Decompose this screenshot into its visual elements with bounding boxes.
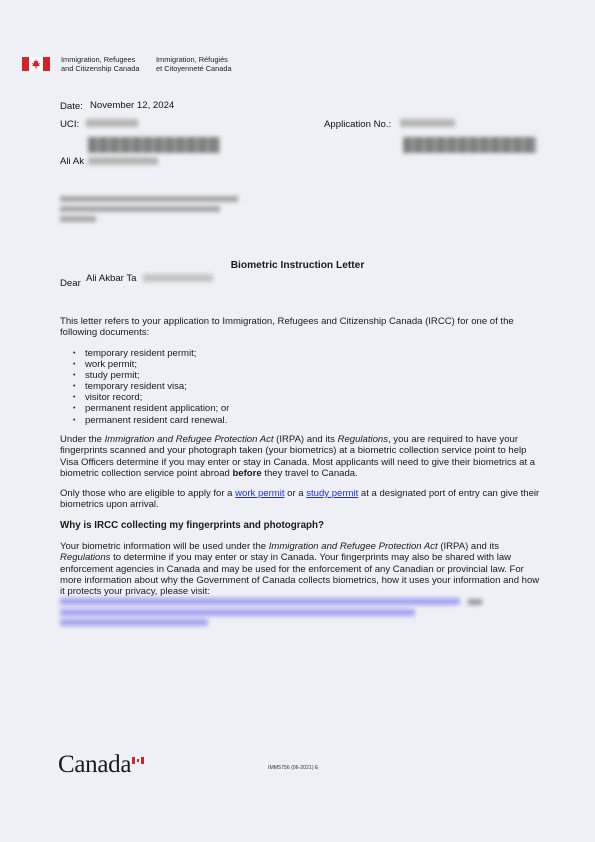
date-value: November 12, 2024 [90, 100, 174, 111]
list-item: work permit; [60, 359, 229, 370]
department-en-line1: Immigration, Refugees [61, 55, 139, 64]
application-barcode-redacted [403, 137, 536, 153]
canada-wordmark: Canada [58, 751, 131, 779]
text: Under the [60, 434, 105, 445]
department-fr-line2: et Citoyenneté Canada [156, 64, 232, 73]
list-item: permanent resident application; or [60, 403, 229, 414]
act-name: Immigration and Refugee Protection Act [105, 434, 274, 445]
text: (IRPA) and its [438, 541, 499, 552]
form-code: IMM5756 (06-2021) E [268, 765, 318, 771]
letter-title: Biometric Instruction Letter [0, 260, 595, 271]
text: they travel to Canada. [262, 468, 358, 479]
application-number-label: Application No.: [324, 119, 391, 130]
salutation-name: Ali Akbar Ta [86, 273, 136, 284]
text: Your biometric information will be used … [60, 541, 269, 552]
regulations-name: Regulations [60, 552, 110, 563]
salutation: Dear [60, 278, 81, 289]
wordmark-flag-icon [132, 757, 144, 764]
why-heading: Why is IRCC collecting my fingerprints a… [60, 520, 324, 531]
date-label: Date: [60, 101, 83, 112]
text: or a [284, 488, 306, 499]
act-name: Immigration and Refugee Protection Act [269, 541, 438, 552]
why-paragraph: Your biometric information will be used … [60, 541, 545, 597]
application-number-redacted [400, 119, 455, 127]
study-permit-link[interactable]: study permit [306, 488, 358, 499]
text: (IRPA) and its [274, 434, 338, 445]
text: Only those who are eligible to apply for… [60, 488, 235, 499]
department-en-line2: and Citizenship Canada [61, 64, 139, 73]
list-item: study permit; [60, 370, 229, 381]
addressee-name: Ali Ak [60, 156, 84, 167]
department-fr-line1: Immigration, Réfugiés [156, 55, 232, 64]
list-item: temporary resident visa; [60, 381, 229, 392]
privacy-info-link-redacted[interactable] [60, 598, 480, 630]
list-item: temporary resident permit; [60, 348, 229, 359]
addressee-name-redacted [88, 157, 158, 165]
addressee-address-redacted [60, 196, 238, 222]
emphasis-before: before [232, 468, 261, 479]
text: to determine if you may enter or stay in… [60, 552, 539, 597]
department-name-french: Immigration, Réfugiés et Citoyenneté Can… [156, 55, 232, 73]
uci-barcode-redacted [88, 137, 220, 153]
irpa-paragraph: Under the Immigration and Refugee Protec… [60, 434, 545, 479]
redacted-text [468, 599, 482, 605]
list-item: permanent resident card renewal. [60, 415, 229, 426]
work-permit-link[interactable]: work permit [235, 488, 284, 499]
list-item: visitor record; [60, 392, 229, 403]
regulations-name: Regulations [338, 434, 388, 445]
canada-flag-icon [22, 57, 50, 71]
documents-list: temporary resident permit; work permit; … [60, 348, 229, 426]
uci-value-redacted [86, 119, 138, 127]
intro-paragraph: This letter refers to your application t… [60, 316, 545, 339]
uci-label: UCI: [60, 119, 79, 130]
port-of-entry-paragraph: Only those who are eligible to apply for… [60, 488, 545, 511]
salutation-name-redacted [143, 274, 213, 282]
department-name-english: Immigration, Refugees and Citizenship Ca… [61, 55, 139, 73]
